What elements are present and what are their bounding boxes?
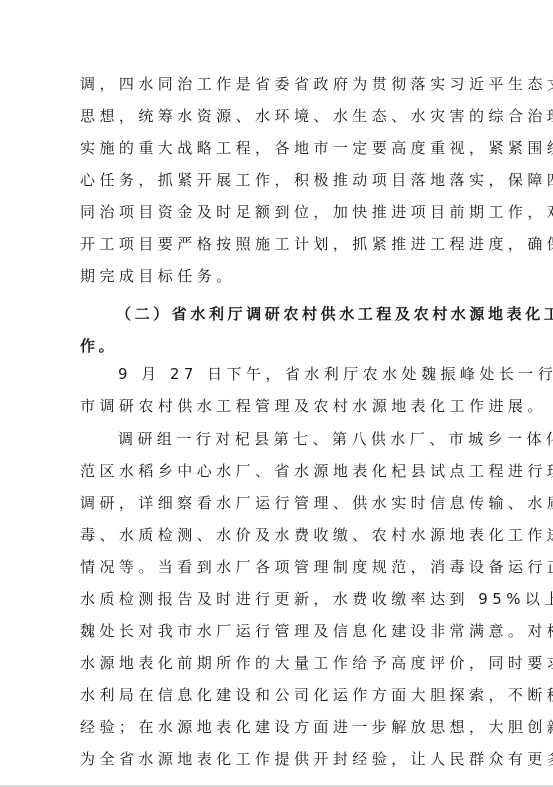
- text-line: 经验；在水源地表化建设方面进一步解放思想，大胆创新，: [80, 711, 472, 743]
- paragraph-visit-date: 9 月 27 日下午，省水利厅农水处魏振峰处长一行到开封 市调研农村供水工程管理…: [80, 358, 472, 422]
- text-line: 调，四水同治工作是省委省政府为贯彻落实习近平生态文明: [80, 68, 472, 100]
- text-line: 思想，统筹水资源、水环境、水生态、水灾害的综合治理而: [80, 100, 472, 132]
- text-line: 毒、水质检测、水价及水费收缴、农村水源地表化工作进展: [80, 519, 472, 551]
- paragraph-inspection: 调研组一行对杞县第七、第八供水厂、市城乡一体化示 范区水稻乡中心水厂、省水源地表…: [80, 423, 472, 776]
- text-line: 同治项目资金及时足额到位，加快推进项目前期工作，对已: [80, 196, 472, 228]
- document-body: 调，四水同治工作是省委省政府为贯彻落实习近平生态文明 思想，统筹水资源、水环境、…: [80, 68, 472, 775]
- text-line: 水质检测报告及时进行更新，水费收缴率达到 95%以上时，: [80, 583, 472, 615]
- text-line: 为全省水源地表化工作提供开封经验，让人民群众有更多的: [80, 743, 472, 775]
- text-line: 9 月 27 日下午，省水利厅农水处魏振峰处长一行到开封: [80, 358, 472, 390]
- text-line: 市调研农村供水工程管理及农村水源地表化工作进展。: [80, 390, 472, 422]
- text-line: 实施的重大战略工程，各地市一定要高度重视，紧紧围绕中: [80, 132, 472, 164]
- text-line: 范区水稻乡中心水厂、省水源地表化杞县试点工程进行现场: [80, 455, 472, 487]
- text-line: 情况等。当看到水厂各项管理制度规范，消毒设备运行正常，: [80, 551, 472, 583]
- text-line: 心任务，抓紧开展工作，积极推动项目落地落实，保障四水: [80, 164, 472, 196]
- section-continuation: 调，四水同治工作是省委省政府为贯彻落实习近平生态文明 思想，统筹水资源、水环境、…: [80, 68, 472, 292]
- text-line: 水利局在信息化建设和公司化运作方面大胆探索，不断积累: [80, 679, 472, 711]
- heading-line: （二）省水利厅调研农村供水工程及农村水源地表化工: [80, 298, 472, 330]
- text-line: 调研，详细察看水厂运行管理、供水实时信息传输、水质消: [80, 487, 472, 519]
- text-line: 开工项目要严格按照施工计划，抓紧推进工程进度，确保如: [80, 228, 472, 260]
- text-line: 水源地表化前期所作的大量工作给予高度评价，同时要求市: [80, 647, 472, 679]
- text-line: 调研组一行对杞县第七、第八供水厂、市城乡一体化示: [80, 423, 472, 455]
- document-page: 调，四水同治工作是省委省政府为贯彻落实习近平生态文明 思想，统筹水资源、水环境、…: [0, 0, 553, 785]
- section-heading: （二）省水利厅调研农村供水工程及农村水源地表化工 作。: [80, 298, 472, 362]
- text-line: 期完成目标任务。: [80, 260, 472, 292]
- text-line: 魏处长对我市水厂运行管理及信息化建设非常满意。对杞县: [80, 615, 472, 647]
